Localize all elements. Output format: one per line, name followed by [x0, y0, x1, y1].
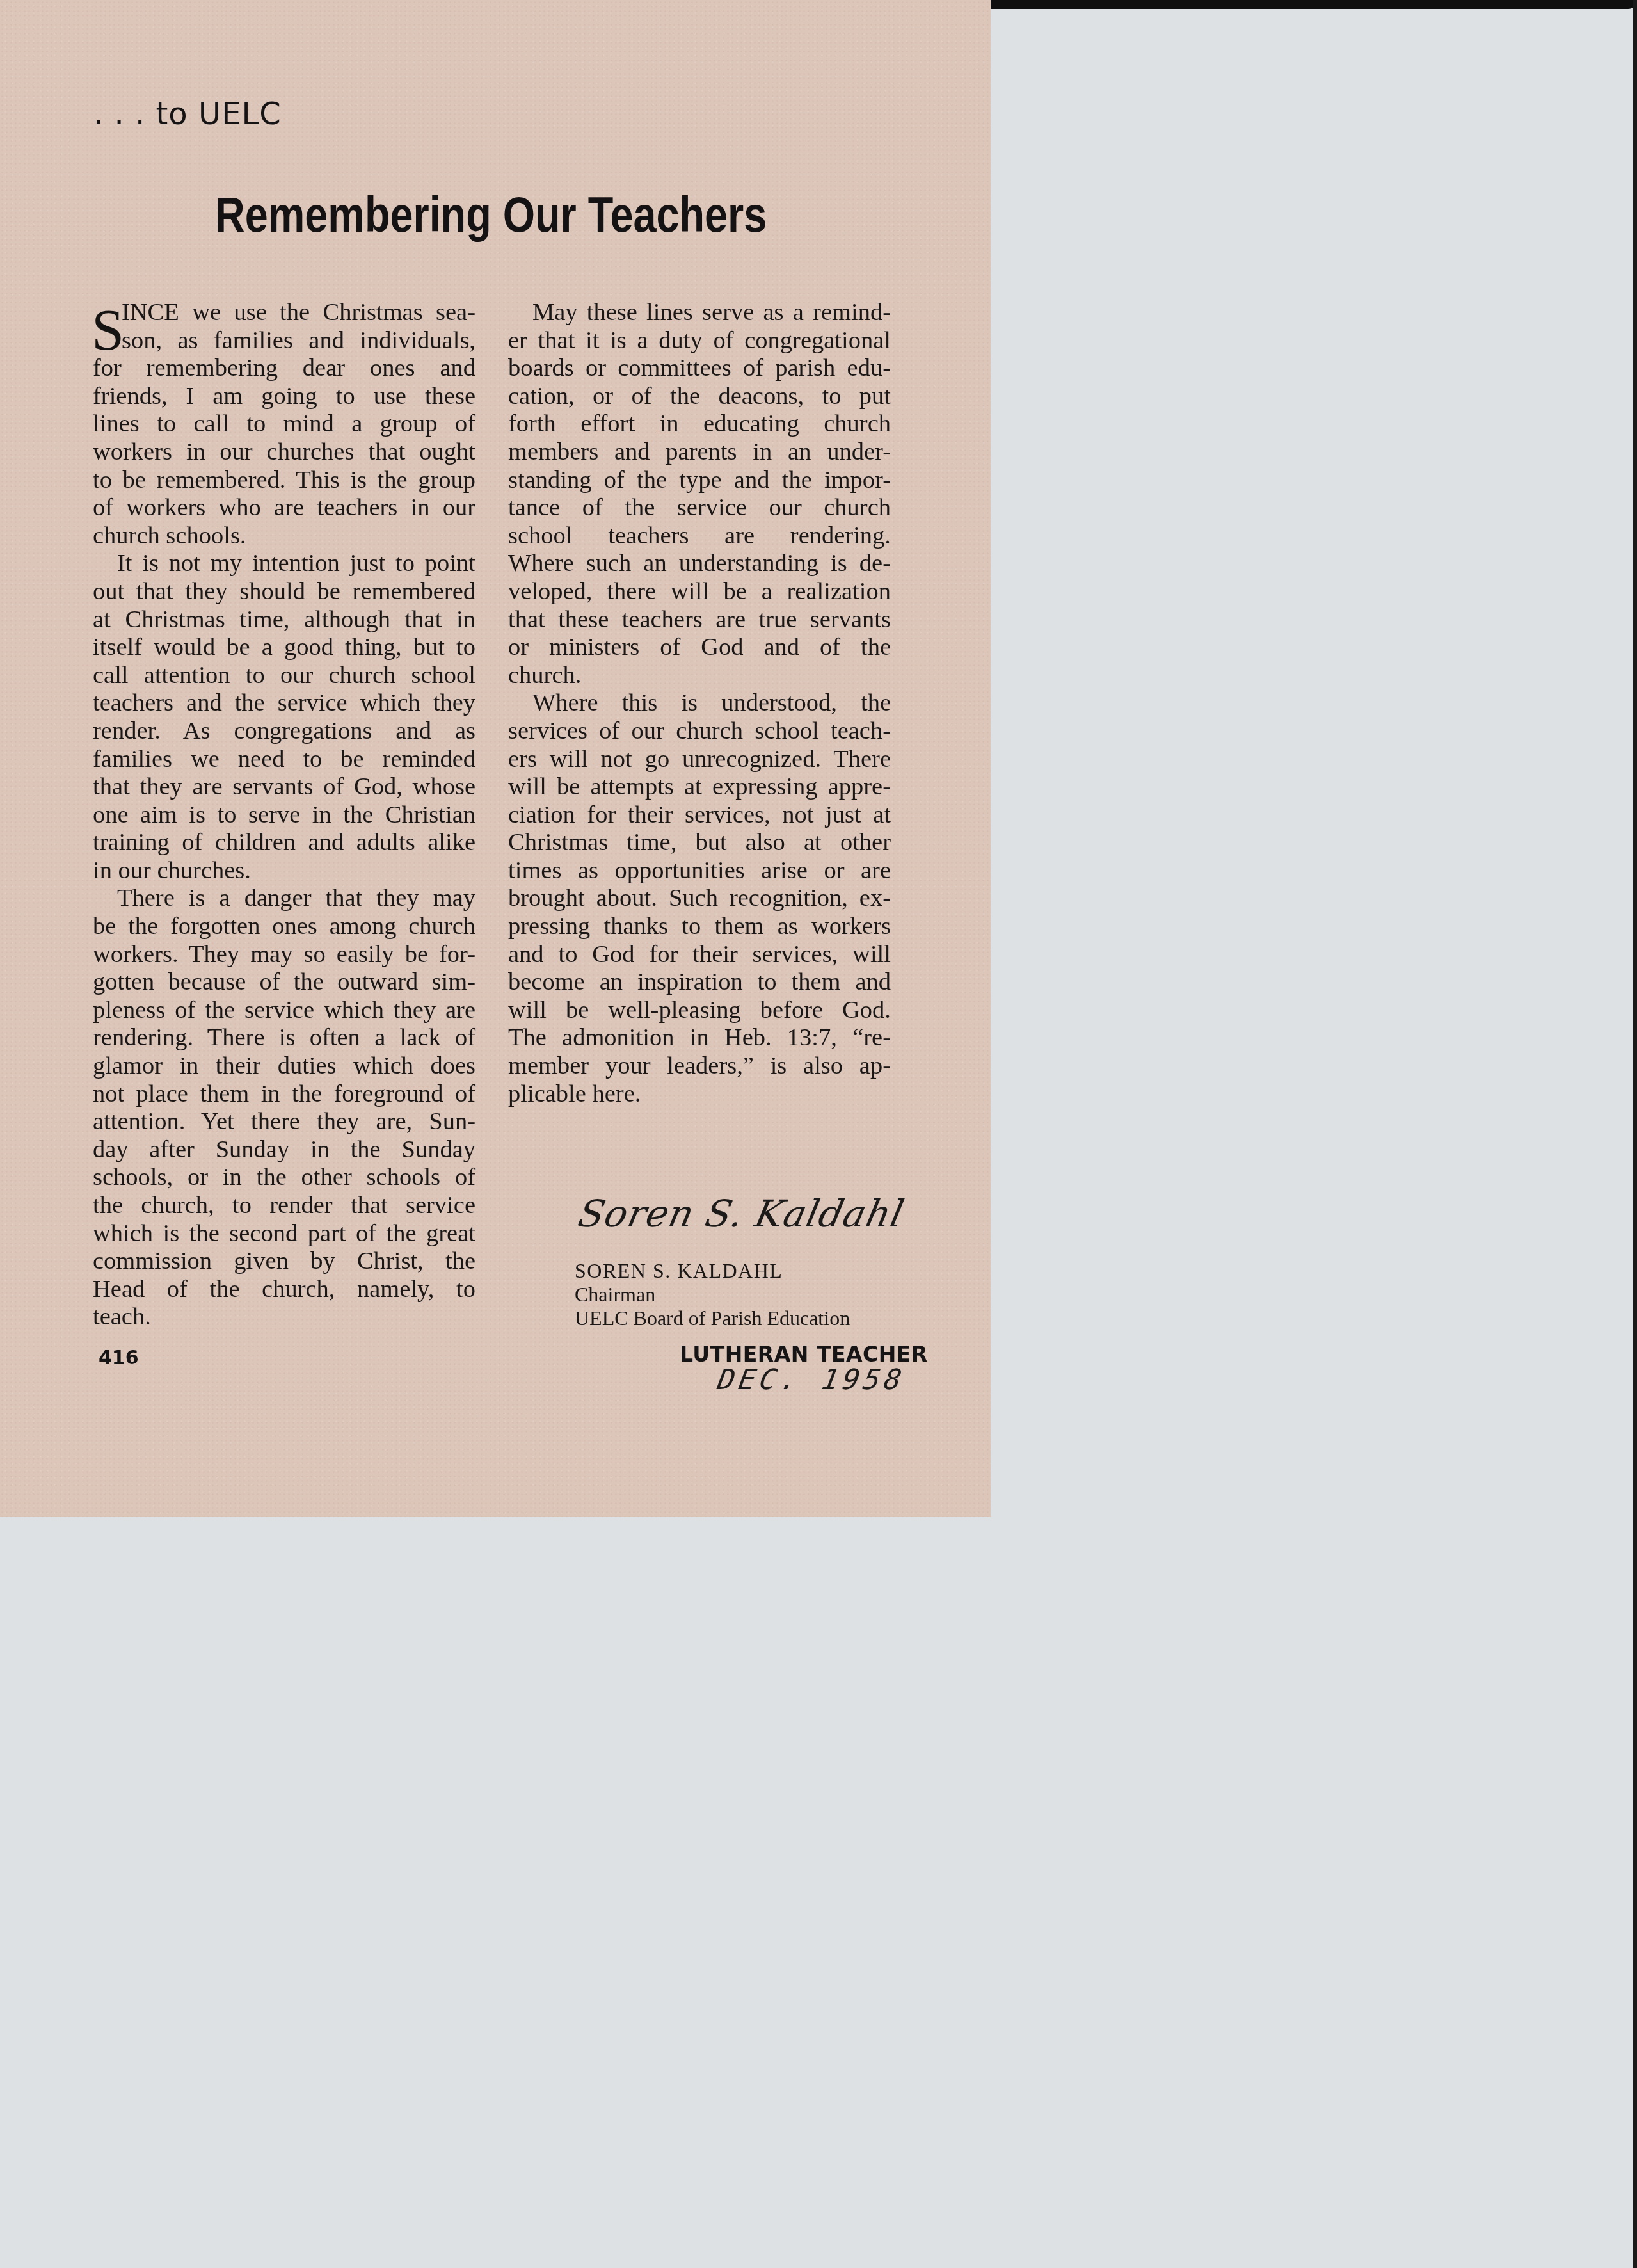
- text-line: workers in our churches that ought: [93, 438, 475, 467]
- text-line: training of children and adults alike: [93, 829, 475, 857]
- text-line: or ministers of God and of the: [508, 634, 891, 662]
- article-title: Remembering Our Teachers: [215, 186, 673, 244]
- text-line: families we need to be reminded: [93, 746, 475, 774]
- text-line: day after Sunday in the Sunday: [93, 1136, 475, 1164]
- text-line: The admonition in Heb. 13:7, “re-: [508, 1024, 891, 1052]
- text-line: It is not my intention just to point: [93, 550, 475, 578]
- text-line: pleness of the service which they are: [93, 997, 475, 1025]
- text-line: church schools.: [93, 522, 475, 551]
- text-line: Where this is understood, the: [508, 689, 891, 718]
- text-line: services of our church school teach-: [508, 718, 891, 746]
- right-column: May these lines serve as a remind-er tha…: [508, 299, 891, 1108]
- paragraph: It is not my intention just to pointout …: [93, 550, 475, 885]
- text-line: May these lines serve as a remind-: [508, 299, 891, 327]
- signer-organization: UELC Board of Parish Education: [575, 1307, 850, 1330]
- text-line: itself would be a good thing, but to: [93, 634, 475, 662]
- text-line: There is a danger that they may: [93, 885, 475, 913]
- text-line: friends, I am going to use these: [93, 383, 475, 411]
- text-line: glamor in their duties which does: [93, 1052, 475, 1081]
- paragraph: Where this is understood, theservices of…: [508, 689, 891, 1108]
- text-line: not place them in the foreground of: [93, 1081, 475, 1109]
- text-line: plicable here.: [508, 1081, 891, 1109]
- scanner-edge-top: [989, 0, 1637, 9]
- text-line: teachers and the service which they: [93, 689, 475, 718]
- text-line: pressing thanks to them as workers: [508, 913, 891, 941]
- text-line: lines to call to mind a group of: [93, 410, 475, 438]
- text-line: veloped, there will be a realization: [508, 578, 891, 606]
- text-line: workers. They may so easily be for-: [93, 941, 475, 969]
- text-line: schools, or in the other schools of: [93, 1164, 475, 1192]
- text-line: become an inspiration to them and: [508, 969, 891, 997]
- signer-role: Chairman: [575, 1283, 850, 1307]
- text-line: to be remembered. This is the group: [93, 467, 475, 495]
- text-line: member your leaders,” is also ap-: [508, 1052, 891, 1081]
- text-line: render. As congregations and as: [93, 718, 475, 746]
- text-line: will be well-pleasing before God.: [508, 997, 891, 1025]
- text-line: attention. Yet there they are, Sun-: [93, 1108, 475, 1136]
- text-line: rendering. There is often a lack of: [93, 1024, 475, 1052]
- scanner-edge-right: [1633, 0, 1637, 2268]
- handwritten-signature: Soren S. Kaldahl: [575, 1192, 909, 1235]
- text-line: the church, to render that service: [93, 1192, 475, 1220]
- text-line: boards or committees of parish edu-: [508, 355, 891, 383]
- text-line: ciation for their services, not just at: [508, 801, 891, 830]
- text-line: call attention to our church school: [93, 662, 475, 690]
- drop-cap: S: [92, 300, 124, 359]
- text-line: Christmas time, but also at other: [508, 829, 891, 857]
- text-line: gotten because of the outward sim-: [93, 969, 475, 997]
- text-line: forth effort in educating church: [508, 410, 891, 438]
- text-line: one aim is to serve in the Christian: [93, 801, 475, 830]
- text-line: school teachers are rendering.: [508, 522, 891, 551]
- text-line: that they are servants of God, whose: [93, 773, 475, 801]
- text-line: Where such an understanding is de-: [508, 550, 891, 578]
- signer-name: SOREN S. KALDAHL: [575, 1259, 850, 1283]
- text-line: and to God for their services, will: [508, 941, 891, 969]
- text-line: out that they should be remembered: [93, 578, 475, 606]
- text-line: of workers who are teachers in our: [93, 494, 475, 522]
- text-line: commission given by Christ, the: [93, 1248, 475, 1276]
- paragraph: May these lines serve as a remind-er tha…: [508, 299, 891, 689]
- page-number: 416: [99, 1347, 139, 1369]
- text-line: members and parents in an under-: [508, 438, 891, 467]
- text-line: son, as families and individuals,: [93, 327, 475, 355]
- text-line: cation, or of the deacons, to put: [508, 383, 891, 411]
- text-line: will be attempts at expressing appre-: [508, 773, 891, 801]
- text-line: in our churches.: [93, 857, 475, 885]
- text-line: teach.: [93, 1303, 475, 1331]
- text-line: INCE we use the Christmas sea-: [93, 299, 475, 327]
- text-line: Head of the church, namely, to: [93, 1276, 475, 1304]
- section-kicker: . . . to UELC: [93, 96, 282, 132]
- signature-block: SOREN S. KALDAHL Chairman UELC Board of …: [575, 1259, 850, 1330]
- paragraph: There is a danger that they maybe the fo…: [93, 885, 475, 1331]
- text-line: times as opportunities arise or are: [508, 857, 891, 885]
- text-line: church.: [508, 662, 891, 690]
- text-line: for remembering dear ones and: [93, 355, 475, 383]
- paragraph: INCE we use the Christmas sea-son, as fa…: [93, 299, 475, 550]
- text-line: which is the second part of the great: [93, 1220, 475, 1248]
- handwritten-date: DEC. 1958: [715, 1363, 908, 1396]
- text-line: at Christmas time, although that in: [93, 606, 475, 634]
- text-line: that these teachers are true servants: [508, 606, 891, 634]
- text-line: standing of the type and the impor-: [508, 467, 891, 495]
- text-line: be the forgotten ones among church: [93, 913, 475, 941]
- text-line: er that it is a duty of congregational: [508, 327, 891, 355]
- magazine-page: . . . to UELC Remembering Our Teachers S…: [0, 0, 991, 1517]
- text-line: ers will not go unrecognized. There: [508, 746, 891, 774]
- left-column: S INCE we use the Christmas sea-son, as …: [93, 299, 475, 1331]
- text-line: brought about. Such recognition, ex-: [508, 885, 891, 913]
- text-line: tance of the service our church: [508, 494, 891, 522]
